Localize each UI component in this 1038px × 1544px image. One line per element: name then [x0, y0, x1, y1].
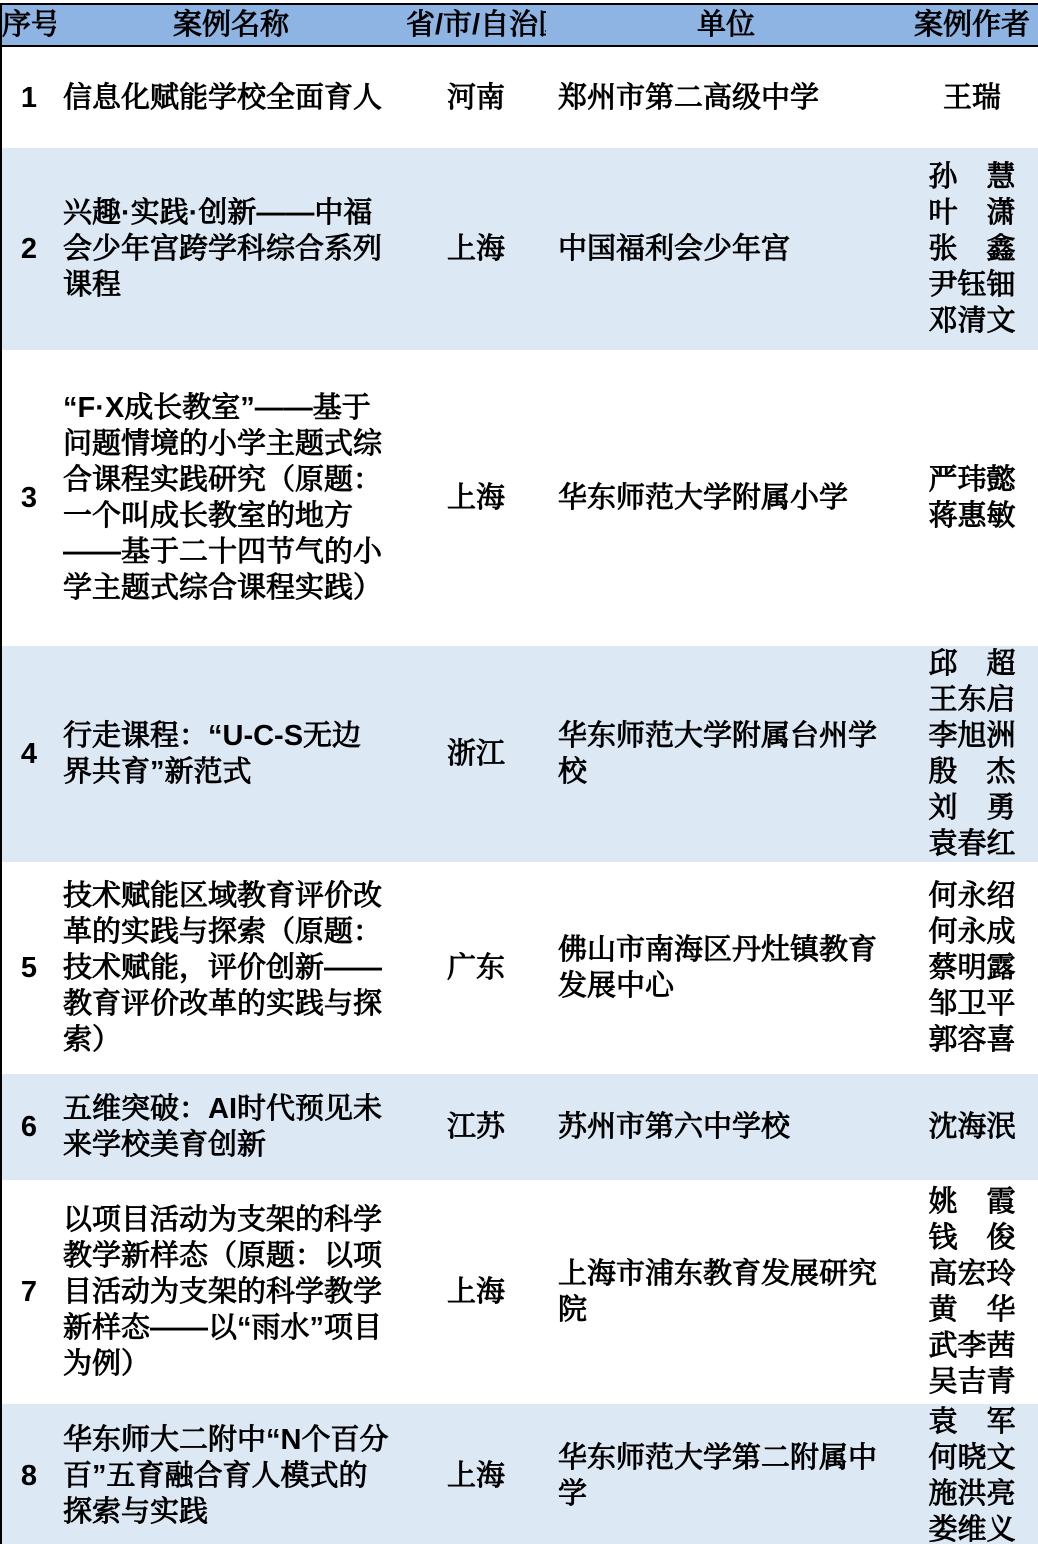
province-cell: 江苏: [406, 1074, 546, 1180]
province-cell: 上海: [406, 350, 546, 646]
province-cell: 上海: [406, 148, 546, 350]
case-name-cell: 技术赋能区域教育评价改革的实践与探索（原题：技术赋能，评价创新——教育评价改革的…: [56, 862, 406, 1074]
unit-cell: 郑州市第二高级中学: [546, 46, 906, 148]
table-body: 1 信息化赋能学校全面育人 河南 郑州市第二高级中学 王瑞 2 兴趣·实践·创新…: [1, 46, 1038, 1544]
row-number: 7: [1, 1180, 56, 1404]
authors-cell: 王瑞: [906, 46, 1038, 148]
column-header-no: 序号: [1, 4, 56, 46]
row-number: 6: [1, 1074, 56, 1180]
case-name-cell: 信息化赋能学校全面育人: [56, 46, 406, 148]
case-name-cell: 华东师大二附中“N个百分百”五育融合育人模式的探索与实践: [56, 1404, 406, 1544]
row-number: 5: [1, 862, 56, 1074]
case-name-cell: “F·X成长教室”——基于问题情境的小学主题式综合课程实践研究（原题：一个叫成长…: [56, 350, 406, 646]
column-header-unit: 单位: [546, 4, 906, 46]
authors-cell: 邱 超 王东启 李旭洲 殷 杰 刘 勇 袁春红: [906, 646, 1038, 862]
case-name-cell: 兴趣·实践·创新——中福会少年宫跨学科综合系列课程: [56, 148, 406, 350]
row-number: 8: [1, 1404, 56, 1544]
province-cell: 广东: [406, 862, 546, 1074]
column-header-case-name: 案例名称: [56, 4, 406, 46]
unit-cell: 中国福利会少年宫: [546, 148, 906, 350]
unit-cell: 佛山市南海区丹灶镇教育发展中心: [546, 862, 906, 1074]
header-row: 序号 案例名称 省/市/自治区 单位 案例作者: [1, 4, 1038, 46]
authors-cell: 袁 军 何晓文 施洪亮 娄维义: [906, 1404, 1038, 1544]
unit-cell: 上海市浦东教育发展研究院: [546, 1180, 906, 1404]
authors-cell: 姚 霞 钱 俊 高宏玲 黄 华 武李茜 吴吉青: [906, 1180, 1038, 1404]
row-number: 2: [1, 148, 56, 350]
unit-cell: 华东师范大学附属小学: [546, 350, 906, 646]
unit-cell: 华东师范大学第二附属中学: [546, 1404, 906, 1544]
authors-cell: 沈海泯: [906, 1074, 1038, 1180]
table-row: 4 行走课程：“U-C-S无边界共育”新范式 浙江 华东师范大学附属台州学校 邱…: [1, 646, 1038, 862]
authors-cell: 何永绍 何永成 蔡明露 邹卫平 郭容喜: [906, 862, 1038, 1074]
case-name-cell: 五维突破：AI时代预见未来学校美育创新: [56, 1074, 406, 1180]
province-cell: 河南: [406, 46, 546, 148]
table-row: 7 以项目活动为支架的科学教学新样态（原题：以项目活动为支架的科学教学新样态——…: [1, 1180, 1038, 1404]
table-row: 8 华东师大二附中“N个百分百”五育融合育人模式的探索与实践 上海 华东师范大学…: [1, 1404, 1038, 1544]
column-header-authors: 案例作者: [906, 4, 1038, 46]
row-number: 1: [1, 46, 56, 148]
province-cell: 浙江: [406, 646, 546, 862]
unit-cell: 苏州市第六中学校: [546, 1074, 906, 1180]
province-cell: 上海: [406, 1404, 546, 1544]
case-table: 序号 案例名称 省/市/自治区 单位 案例作者 1 信息化赋能学校全面育人 河南…: [0, 3, 1038, 1544]
province-cell: 上海: [406, 1180, 546, 1404]
table-row: 3 “F·X成长教室”——基于问题情境的小学主题式综合课程实践研究（原题：一个叫…: [1, 350, 1038, 646]
table-row: 2 兴趣·实践·创新——中福会少年宫跨学科综合系列课程 上海 中国福利会少年宫 …: [1, 148, 1038, 350]
table-header: 序号 案例名称 省/市/自治区 单位 案例作者: [1, 4, 1038, 46]
column-header-province: 省/市/自治区: [406, 4, 546, 46]
authors-cell: 严玮懿 蒋惠敏: [906, 350, 1038, 646]
table-row: 1 信息化赋能学校全面育人 河南 郑州市第二高级中学 王瑞: [1, 46, 1038, 148]
row-number: 3: [1, 350, 56, 646]
row-number: 4: [1, 646, 56, 862]
table-row: 5 技术赋能区域教育评价改革的实践与探索（原题：技术赋能，评价创新——教育评价改…: [1, 862, 1038, 1074]
unit-cell: 华东师范大学附属台州学校: [546, 646, 906, 862]
table-row: 6 五维突破：AI时代预见未来学校美育创新 江苏 苏州市第六中学校 沈海泯: [1, 1074, 1038, 1180]
case-name-cell: 以项目活动为支架的科学教学新样态（原题：以项目活动为支架的科学教学新样态——以“…: [56, 1180, 406, 1404]
case-name-cell: 行走课程：“U-C-S无边界共育”新范式: [56, 646, 406, 862]
authors-cell: 孙 慧 叶 潇 张 鑫 尹钰钿 邓清文: [906, 148, 1038, 350]
document-sheet: 序号 案例名称 省/市/自治区 单位 案例作者 1 信息化赋能学校全面育人 河南…: [0, 0, 1038, 1544]
